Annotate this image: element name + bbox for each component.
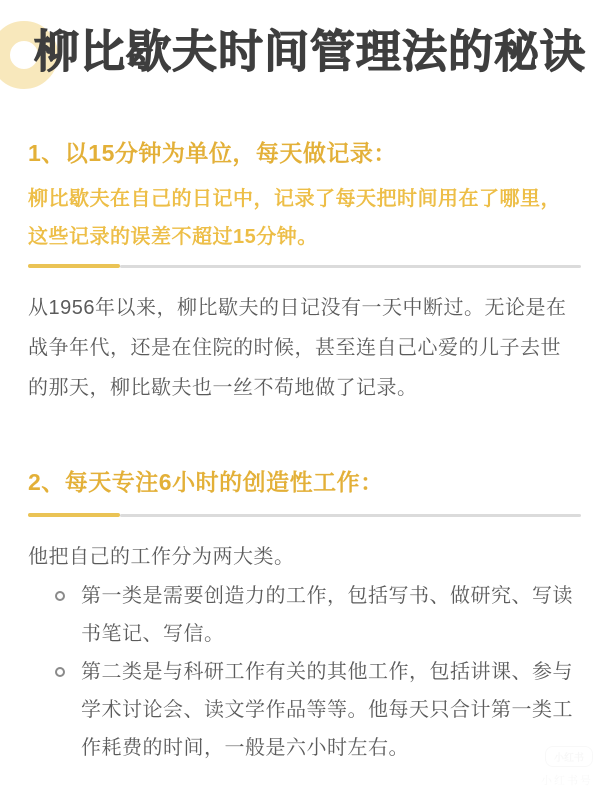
bullet-text: 第二类是与科研工作有关的其他工作，包括讲课、参与学术讨论会、读文学作品等等。他每… [81, 661, 573, 759]
divider-gray-segment [120, 265, 581, 268]
section-1-heading: 1、以15分钟为单位，每天做记录： [28, 135, 581, 168]
section-divider [28, 264, 581, 268]
section-2-intro-text: 他把自己的工作分为两大类。 [28, 539, 581, 575]
xiaohongshu-badge: 小红书 [545, 746, 593, 767]
section-1-body-text: 从1956年以来，柳比歇夫的日记没有一天中断过。无论是在战争年代，还是在住院的时… [28, 288, 581, 408]
list-item: 第二类是与科研工作有关的其他工作，包括讲课、参与学术讨论会、读文学作品等等。他每… [55, 653, 581, 767]
watermark-id-text: 小红书号 [541, 772, 593, 788]
section-1-highlight-text: 柳比歇夫在自己的日记中，记录了每天把时间用在了哪里，这些记录的误差不超过15分钟… [28, 180, 581, 256]
section-divider [28, 513, 581, 517]
circle-bullet-icon [55, 667, 65, 677]
divider-yellow-segment [28, 264, 120, 268]
section-2-heading: 2、每天专注6小时的创造性工作： [28, 464, 581, 497]
divider-yellow-segment [28, 513, 120, 517]
content-card: 柳比歇夫时间管理法的秘诀 1、以15分钟为单位，每天做记录： 柳比歇夫在自己的日… [0, 0, 609, 800]
page-title: 柳比歇夫时间管理法的秘诀 [34, 0, 581, 78]
bullet-text: 第一类是需要创造力的工作，包括写书、做研究、写读书笔记、写信。 [81, 585, 573, 645]
list-item: 第一类是需要创造力的工作，包括写书、做研究、写读书笔记、写信。 [55, 577, 581, 653]
work-types-list: 第一类是需要创造力的工作，包括写书、做研究、写读书笔记、写信。 第二类是与科研工… [28, 577, 581, 767]
divider-gray-segment [120, 514, 581, 517]
circle-bullet-icon [55, 591, 65, 601]
watermark: 小红书 小红书号 [541, 746, 593, 788]
